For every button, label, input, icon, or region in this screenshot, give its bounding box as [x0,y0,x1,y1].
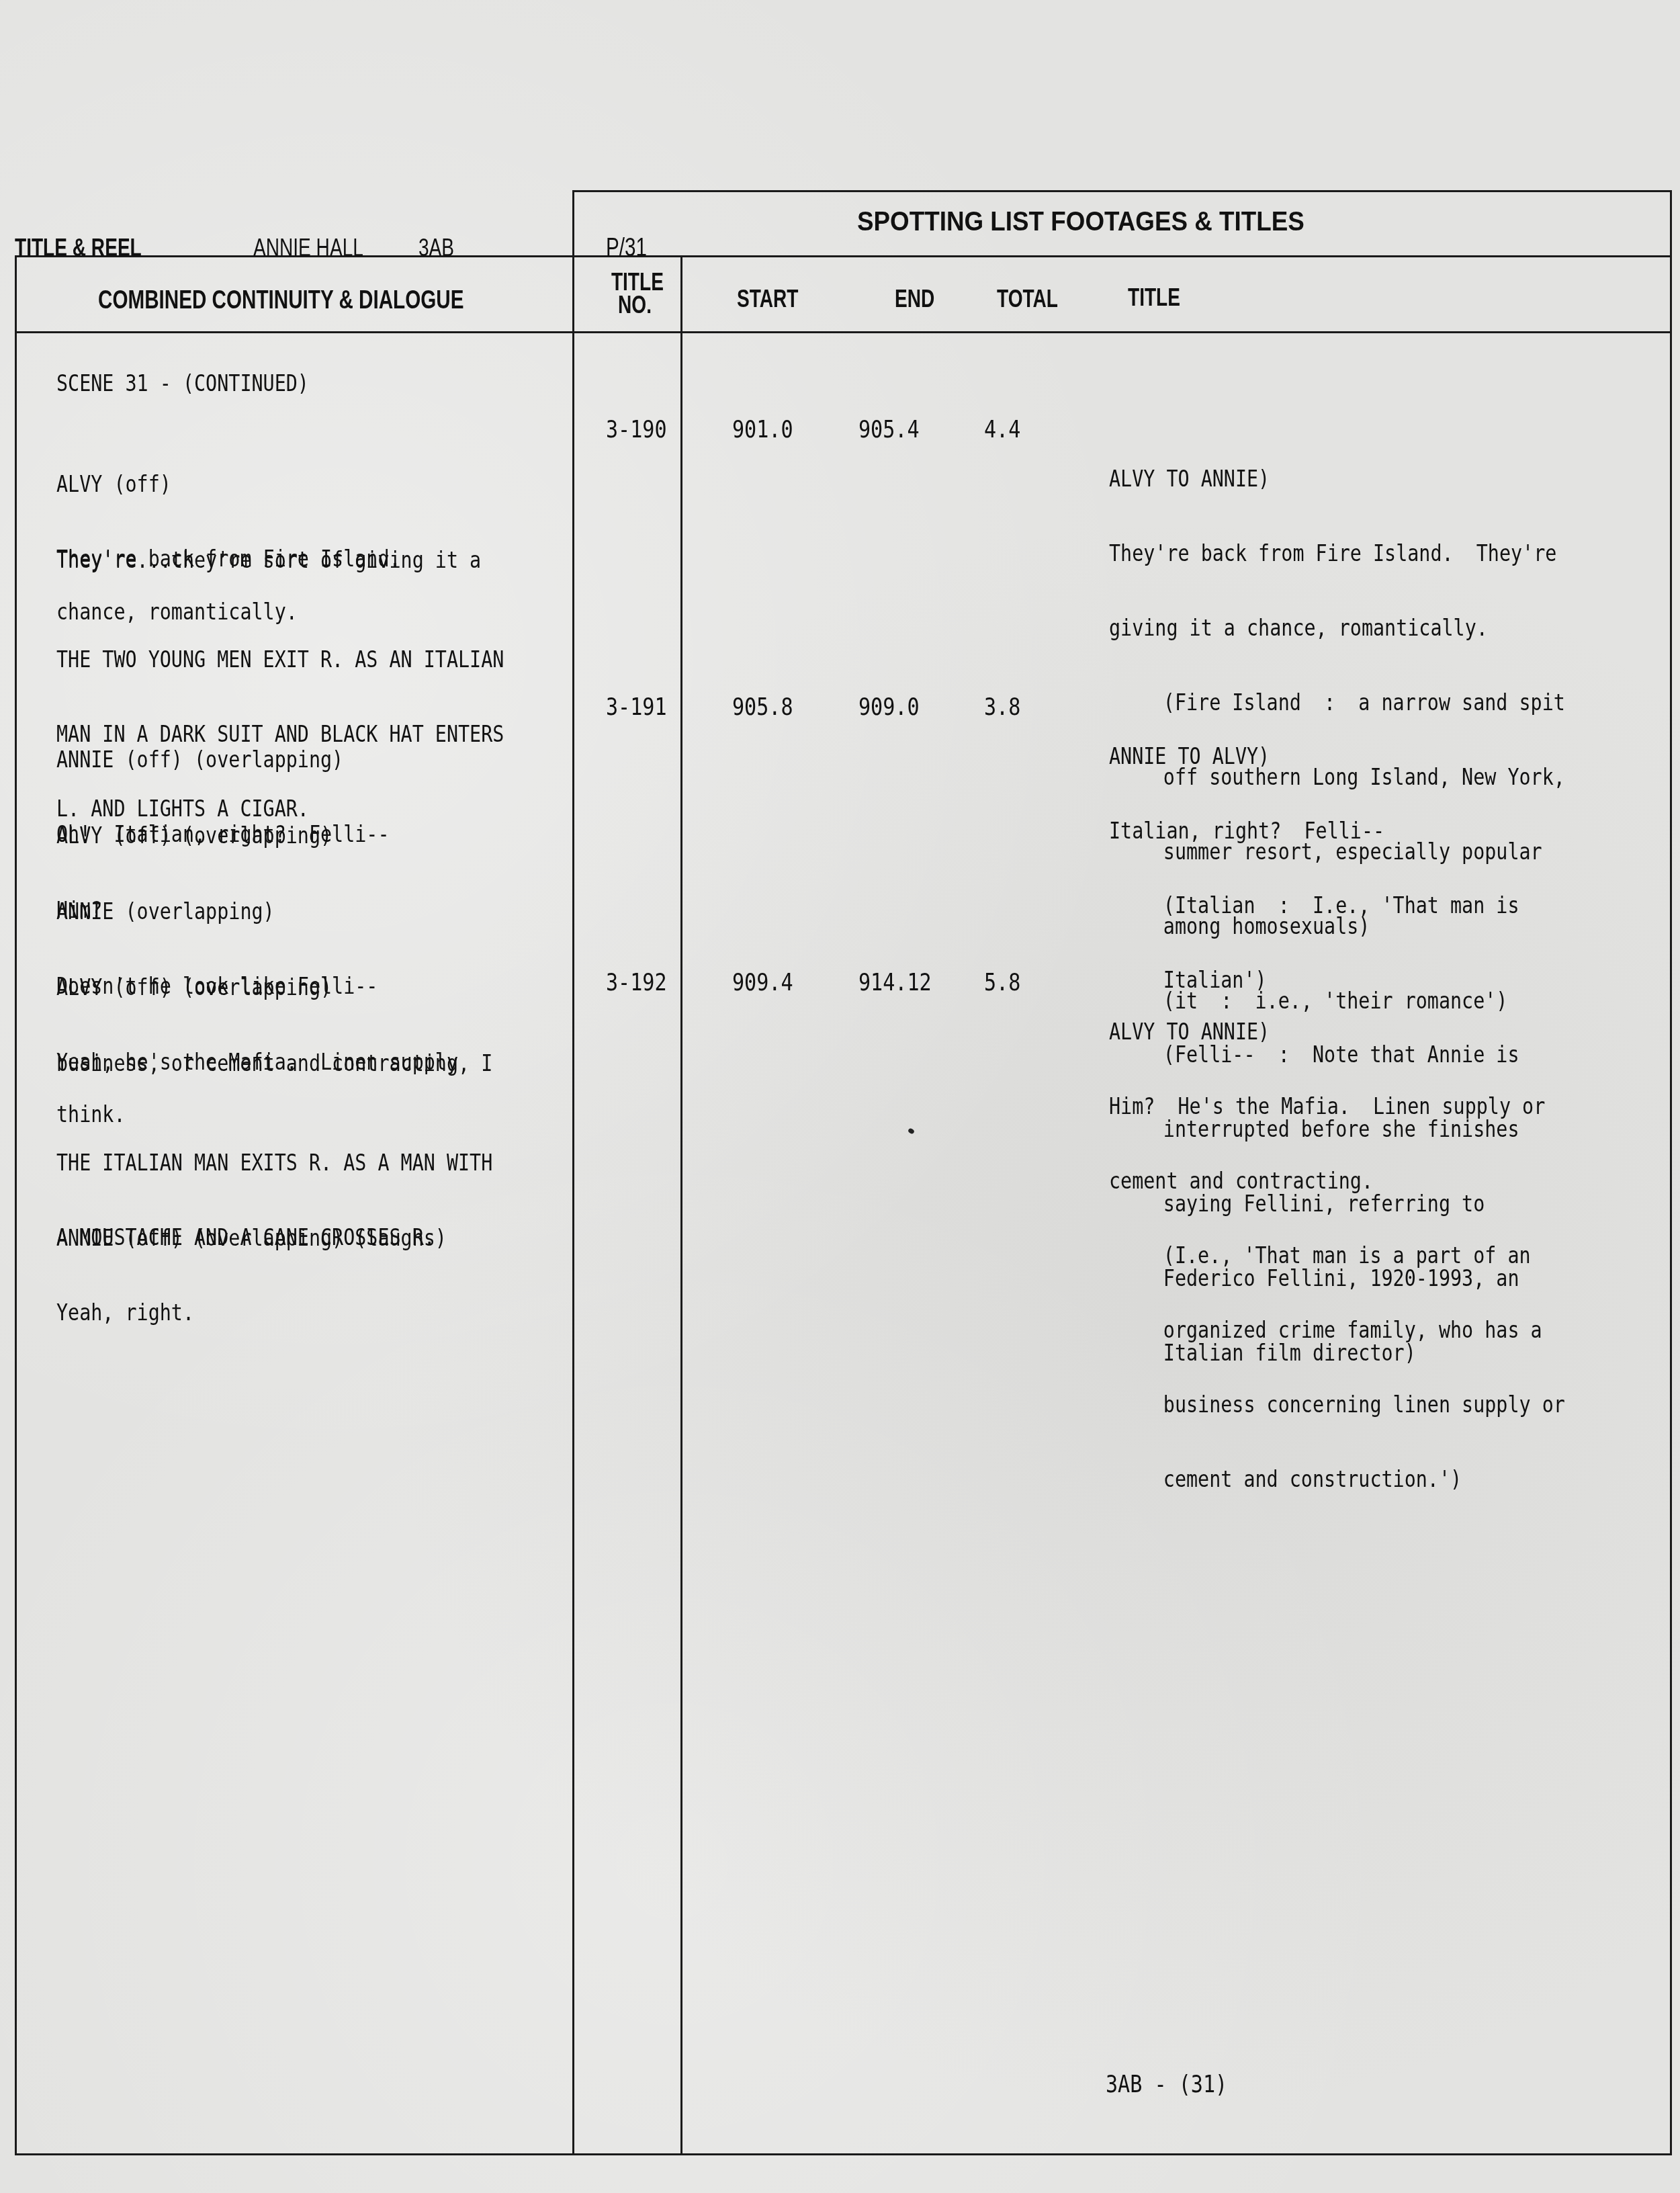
subtitle-line: They're back from Fire Island. They're [1109,541,1565,566]
film-title: ANNIE HALL [253,234,394,262]
header-rule-2 [15,331,1672,333]
translator-note: business concerning linen supply or [1109,1392,1565,1417]
speaker-cue: ALVY (off) [56,472,401,497]
start-footage: 909.4 [732,970,793,996]
title-number: 3-190 [606,417,667,443]
end-footage: 905.4 [858,417,920,443]
page-footer-label: 3AB - (31) [1106,2071,1227,2098]
total-column-header: TOTAL [997,285,1075,313]
bottom-rule [15,2153,1672,2155]
subtitle-line: giving it a chance, romantically. [1109,615,1565,640]
start-footage: 905.8 [732,694,793,721]
start-footage: 901.0 [732,417,793,443]
total-footage: 5.8 [984,970,1020,996]
translator-note: cement and construction.') [1109,1467,1565,1492]
right-box-right-rule [1670,190,1672,2155]
translator-note: (Italian : I.e., 'That man is [1109,893,1519,918]
titleno-right-rule [680,255,682,2155]
title-number: 3-191 [606,694,667,721]
title-no-column-header: TITLE NO. [605,271,665,316]
page-ref: P/31 [606,234,658,263]
speaker-cue: ANNIE (off) (overlapping) [56,747,390,772]
continuity-block: ANNIE (off) (overlapping) (laughs) Yeah,… [56,1176,447,1350]
subtitle-speaker: ANNIE TO ALVY) [1109,744,1519,769]
translator-note: organized crime family, who has a [1109,1318,1565,1342]
end-footage: 914.12 [858,970,932,996]
title-reel-label: TITLE & REEL [15,234,177,262]
subtitle-entry: ALVY TO ANNIE) Him? He's the Mafia. Line… [1109,970,1565,1516]
title-number: 3-192 [606,970,667,996]
spotting-list-title: SPOTTING LIST FOOTAGES & TITLES [857,207,1343,237]
end-column-header: END [895,285,946,313]
action-line: THE TWO YOUNG MEN EXIT R. AS AN ITALIAN [56,647,504,672]
total-footage: 3.8 [984,694,1020,721]
speaker-cue: ANNIE (off) (overlapping) (laughs) [56,1225,447,1250]
speaker-cue: ALVY (off) (overlapping) [56,823,332,848]
title-column-header: TITLE [1128,284,1195,312]
subtitle-speaker: ALVY TO ANNIE) [1109,1019,1565,1044]
ink-speck [908,1127,915,1135]
subtitle-line: cement and contracting. [1109,1168,1565,1193]
action-line: THE ITALIAN MAN EXITS R. AS A MAN WITH [56,1150,492,1175]
subtitle-speaker: ALVY TO ANNIE) [1109,466,1565,491]
end-footage: 909.0 [858,694,920,721]
subtitle-line: Him? He's the Mafia. Linen supply or [1109,1094,1565,1119]
speaker-cue: ALVY (off) (overlapping) [56,975,458,1000]
translator-note: (I.e., 'That man is a part of an [1109,1243,1565,1268]
reel-number: 3AB [418,234,464,262]
titleno-left-rule [572,190,574,2155]
speaker-cue: ANNIE (overlapping) [56,899,378,924]
right-box-top-rule [572,190,1671,192]
dialogue-line: Yeah, right. [56,1300,447,1325]
scene-heading: SCENE 31 - (CONTINUED) [56,371,309,396]
continuity-column-header: COMBINED CONTINUITY & DIALOGUE [98,286,567,315]
left-rule [15,255,17,2155]
subtitle-line: Italian, right? Felli-- [1109,818,1519,843]
total-footage: 4.4 [984,417,1020,443]
start-column-header: START [737,285,815,313]
